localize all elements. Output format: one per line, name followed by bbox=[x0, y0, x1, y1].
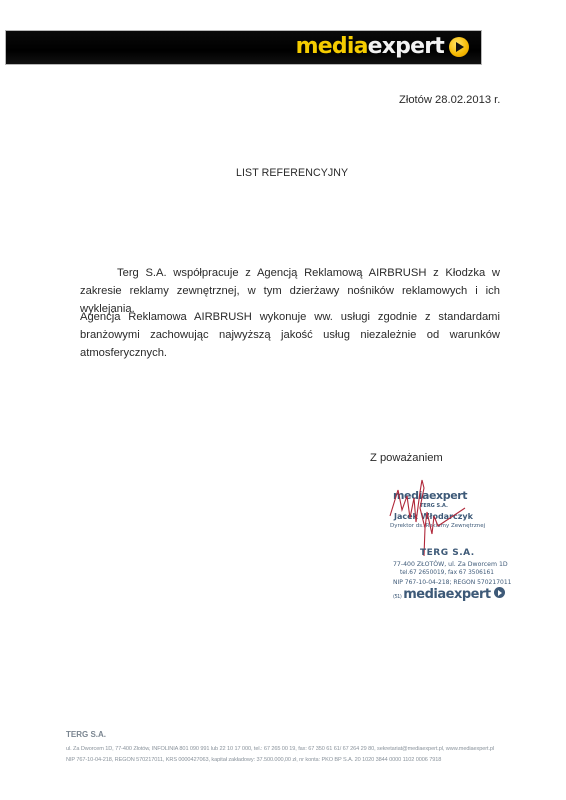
footer-contact-line: ul. Za Dworcem 1D, 77-400 Złotów, INFOLI… bbox=[66, 746, 494, 752]
play-circle-icon bbox=[494, 587, 505, 598]
handwritten-signature bbox=[380, 478, 480, 558]
letter-paragraph-2: Agencja Reklamowa AIRBRUSH wykonuje ww. … bbox=[80, 308, 500, 362]
footer-registry-line: NIP 767-10-04-218, REGON 570217011, KRS … bbox=[66, 757, 441, 763]
company-stamp-phone: tel.67 2650019, fax 67 3506161 bbox=[400, 570, 494, 576]
company-stamp-title: TERG S.A. bbox=[420, 548, 475, 558]
logo-expert-text: expert bbox=[368, 34, 444, 59]
letter-date: Złotów 28.02.2013 r. bbox=[399, 94, 500, 106]
logo-media-text: media bbox=[296, 34, 368, 59]
letter-closing: Z poważaniem bbox=[370, 452, 443, 464]
letterhead-banner: mediaexpert bbox=[5, 30, 482, 65]
company-stamp-address: 77-400 ZŁOTÓW, ul. Za Dworcem 1D bbox=[393, 561, 508, 568]
company-stamp-prefix: (51) bbox=[393, 594, 401, 600]
play-circle-icon bbox=[449, 37, 469, 57]
mediaexpert-logo: mediaexpert bbox=[296, 34, 469, 59]
company-stamp-logo: (51) mediaexpert bbox=[393, 587, 505, 602]
letter-title: LIST REFERENCYJNY bbox=[236, 167, 348, 179]
company-stamp-ids: NIP 767-10-04-218; REGON 570217011 bbox=[393, 579, 511, 586]
company-stamp-logo-text: mediaexpert bbox=[403, 587, 490, 602]
footer-company: TERG S.A. bbox=[66, 730, 106, 739]
